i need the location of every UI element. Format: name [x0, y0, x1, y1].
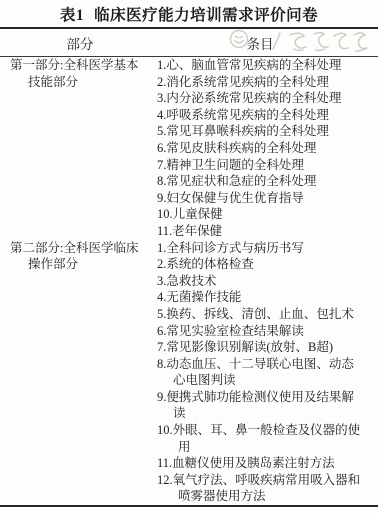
list-item: 10.外眼、耳、鼻一般检查及仪器的使用 — [157, 422, 363, 455]
section-1-items: 1.心、脑血管常见疾病的全科处理 2.消化系统常见疾病的全科处理 3.内分泌系统… — [157, 57, 363, 240]
table-header-row: 部分 条目 — [0, 29, 378, 57]
list-item: 8.动态血压、十二导联心电图、动态心电图判读 — [157, 356, 363, 389]
list-item: 10.儿童保健 — [157, 206, 363, 223]
table-row-section-1: 第一部分:全科医学基本技能部分 1.心、脑血管常见疾病的全科处理 2.消化系统常… — [0, 57, 378, 240]
table-caption-title: 临床医疗能力培训需求评价问卷 — [94, 3, 318, 25]
section-1-part-label: 第一部分:全科医学基本技能部分 — [10, 57, 150, 240]
list-item: 7.精神卫生问题的全科处理 — [157, 157, 363, 174]
list-item: 8.常见症状和急症的全科处理 — [157, 173, 363, 190]
list-item: 3.急救技术 — [157, 273, 363, 290]
list-item: 4.无菌操作技能 — [157, 289, 363, 306]
table-caption: 表1 临床医疗能力培训需求评价问卷 — [0, 0, 378, 27]
list-item: 11.血糖仪使用及胰岛素注射方法 — [157, 455, 363, 472]
list-item: 5.换药、拆线、清创、止血、包扎术 — [157, 306, 363, 323]
section-2-part-label: 第二部分:全科医学临床操作部分 — [10, 240, 150, 506]
list-item: 5.常见耳鼻喉科疾病的全科处理 — [157, 123, 363, 140]
list-item: 9.妇女保健与优生优育指导 — [157, 190, 363, 207]
list-item: 11.老年保健 — [157, 223, 363, 240]
list-item: 3.内分泌系统常见疾病的全科处理 — [157, 90, 363, 107]
section-2-items: 1.全科问诊方式与病历书写 2.系统的体格检查 3.急救技术 4.无菌操作技能 … — [157, 240, 363, 506]
header-cell-item: 条目 — [157, 33, 363, 53]
list-item: 2.消化系统常见疾病的全科处理 — [157, 74, 363, 91]
table-row-section-2: 第二部分:全科医学临床操作部分 1.全科问诊方式与病历书写 2.系统的体格检查 … — [0, 240, 378, 506]
list-item: 6.常见实验室检查结果解读 — [157, 323, 363, 340]
table-caption-label: 表1 — [60, 3, 84, 25]
list-item: 6.常见皮肤科疾病的全科处理 — [157, 140, 363, 157]
list-item: 12.氧气疗法、呼吸疾病常用吸入器和喷雾器使用方法 — [157, 472, 363, 505]
document-page: 表1 临床医疗能力培训需求评价问卷 部分 条目 第一部分:全科医学基本技能部分 … — [0, 0, 378, 513]
list-item: 1.全科问诊方式与病历书写 — [157, 240, 363, 257]
list-item: 4.呼吸系统常见疾病的全科处理 — [157, 107, 363, 124]
list-item: 9.便携式肺功能检测仪使用及结果解读 — [157, 389, 363, 422]
table: 部分 条目 第一部分:全科医学基本技能部分 1.心、脑血管常见疾病的全科处理 2… — [0, 27, 378, 507]
list-item: 1.心、脑血管常见疾病的全科处理 — [157, 57, 363, 74]
list-item: 7.常见影像识别解读(放射、B超) — [157, 339, 363, 356]
list-item: 2.系统的体格检查 — [157, 256, 363, 273]
header-cell-part: 部分 — [10, 33, 150, 53]
